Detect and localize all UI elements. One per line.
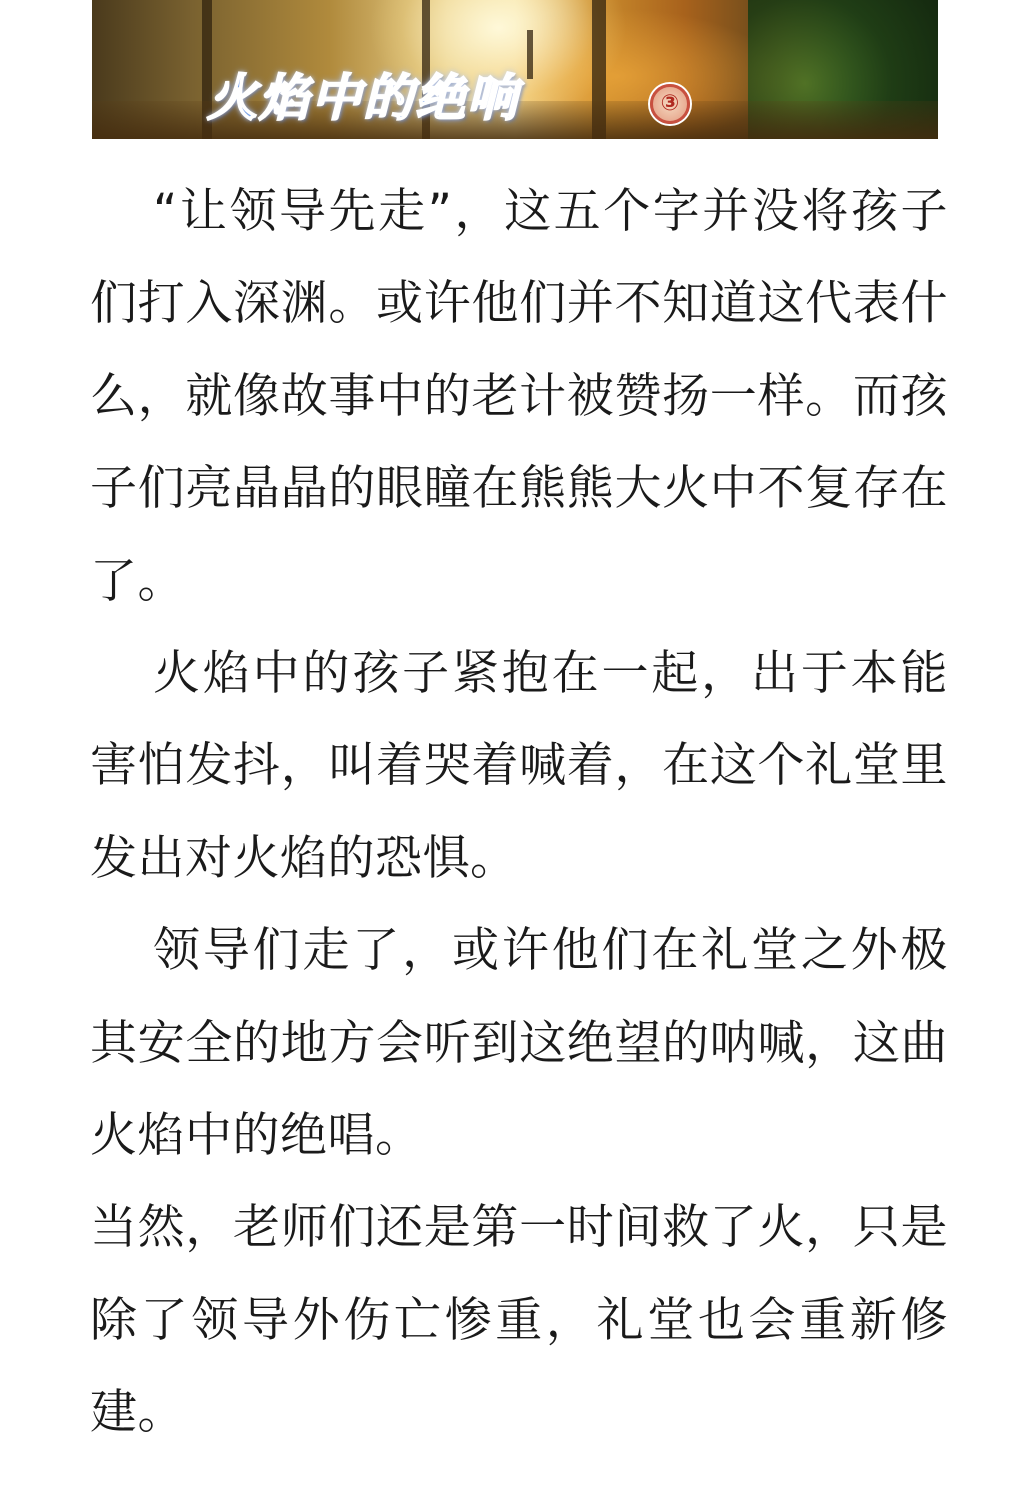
paragraph-3: 领导们走了，或许他们在礼堂之外极其安全的地方会听到这绝望的呐喊，这曲火焰中的绝唱… (90, 905, 948, 1182)
paragraph-2: 火焰中的孩子紧抱在一起，出于本能害怕发抖，叫着哭着喊着，在这个礼堂里发出对火焰的… (90, 628, 948, 905)
paragraph-1: “让领导先走”，这五个字并没将孩子们打入深渊。或许他们并不知道这代表什么，就像故… (90, 166, 948, 628)
article-body: “让领导先走”，这五个字并没将孩子们打入深渊。或许他们并不知道这代表什么，就像故… (90, 166, 948, 1460)
header-banner-image: 火焰中的绝响 ③ (92, 0, 938, 139)
banner-title: 火焰中的绝响 (207, 58, 519, 130)
paragraph-4: 当然，老师们还是第一时间救了火，只是除了领导外伤亡惨重，礼堂也会重新修建。 (90, 1182, 948, 1459)
silhouette-figure-decoration (527, 30, 533, 79)
part-number-badge: ③ (650, 84, 690, 124)
